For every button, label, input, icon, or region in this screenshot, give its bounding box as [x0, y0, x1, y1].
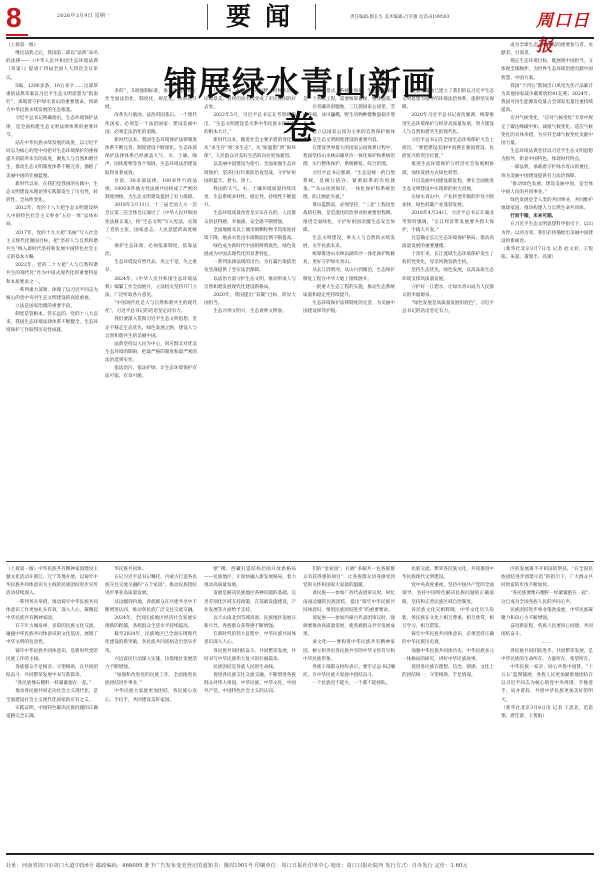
paragraph: 从边疆到内地，各族群众在共建共享中不断增进认同，推动各民族广泛交往交流交融。	[105, 599, 197, 615]
paragraph: “绿色发展是高质量发展的底色”，习近平总书记的话语坚定有力。	[402, 300, 494, 316]
article-column: 华民族共同体。在记习近平总书记嘱托，内蒙古打造各民族交往交流交融的“五个家园”，…	[105, 566, 197, 850]
paragraph: 兴边富民行动深入实施，边境地区发展活力不断增强。	[105, 656, 197, 672]
issue-date: 2026年3月9日 星期一	[57, 12, 110, 19]
section-divider-right	[315, 4, 316, 30]
paragraph: 生态环境法典坚持以习近平生态文明思想为指导，彰显中国特色，体现时代特点。	[501, 148, 593, 164]
column-divider	[102, 566, 103, 850]
paragraph: 改革先行破冰，法治巩固基石。一个现代化国家，必须是一个法治国家；建设美丽中国，必…	[105, 112, 197, 136]
paragraph: 壁”牌，西藏打造结构层面开放新格局——民族地区、正加快融入新发展格局，着力推动高…	[204, 566, 296, 590]
paragraph: 民族交流、繁荣各民族文化，共同推进中华民族现代文明建设。	[402, 566, 494, 582]
paragraph: 以天山南北到雪域高原，民族地区发展日新月异，各族群众获得感不断增强。	[204, 615, 296, 631]
paragraph: 2017年，党的十九大把“美丽”写入社会主义现代化强国目标，把“坚持人与自然和谐…	[6, 230, 98, 263]
paragraph: 一系列重大部署，体现了以习近平同志为核心的党中央对生态文明建设的高度重视。	[6, 287, 98, 303]
paragraph: 民族团结是各族人民的生命线。	[204, 664, 296, 672]
paragraph: ……	[501, 639, 593, 647]
paragraph: 2018年3月11日，十三届全国人大一次会议第三次全体会议通过了《中华人民共和国…	[105, 202, 197, 243]
paragraph: 推动各民族共同走向社会主义现代化，是全面建设社会主义现代化国家的应有之义。	[6, 688, 98, 704]
paragraph: 这是确定长江生态环境保护格局、推动高质量发展的重要遵循。	[402, 235, 494, 251]
footer-rule	[6, 853, 594, 855]
article-column: （上接第一版）中华民族共有精神家园建设主题文化活动在浙江、辽宁等地开展，以铸牢中…	[6, 566, 98, 850]
paragraph: 目前，30多部法律、100多件行政法规、1000多件地方性法规共同构成了严密的制…	[105, 178, 197, 202]
article-column: （上接第一版）继民法典之后，我国第二部以“法典”命名的法律——《中华人民共和国生…	[6, 42, 98, 558]
paragraph: 奋进新征程，各族人民要同心同德、共同团结奋斗。	[501, 623, 593, 639]
column-divider	[498, 42, 499, 558]
paragraph: 2020年习近平总书记再次强调，统筹推进生态环境保护与经济高质量发展，努力建设人…	[402, 112, 494, 136]
paragraph: 2018年4月24日，习近平总书记在湖北考察时强调，“长江经济带发展要共抓大保护…	[402, 210, 494, 234]
paragraph: 促进各民族交往交流交融，不断增进各族群众对伟大祖国、中华民族、中华文化、中国共产…	[204, 672, 296, 696]
paragraph: 站在中华民族永续发展的高度，以习近平同志为核心的党中央把对生态环境保护的重视提升…	[6, 140, 98, 181]
paragraph: 谈民族——参加广西代表团审议时，回忆南国边疆的民族团结，提出“铸牢中华民族共同体…	[303, 590, 395, 614]
article-column: 化的全景式、系统性保护。生态环境保护是一个系统工程，需要统筹兼顾、整体施策。在青…	[303, 88, 395, 558]
paragraph: 化的全景式、系统性保护。生态环境保护是一个系统工程，需要统筹兼顾、整体施策。	[303, 88, 395, 104]
column-divider	[300, 88, 301, 558]
paragraph: 建立以国家公园为主体的自然保护地体系，是生态文明制度建设的重要内容。	[303, 129, 395, 145]
section-title: 要闻	[220, 1, 310, 33]
column-divider	[399, 566, 400, 850]
paragraph: 一个民族也不能少，一个都不能掉队。	[303, 680, 395, 688]
paragraph: 各民族共同团结奋斗、共同繁荣发展，共同书写中华民族伟大复兴的壮丽篇章。	[204, 648, 296, 664]
paragraph: 我国的大气、水、土壤环境质量持续改善，生态系统多样性、稳定性、持续性不断提升。	[204, 186, 296, 210]
paragraph: 新时代以来，随着社会主要矛盾的变化，从“求生存”到“求生态”，从“盼温饱”到“盼…	[204, 137, 296, 161]
paragraph: 2024年，《中华人民共和国生态环境法典》编纂工作全面展开，立法机关坚持开门立法…	[105, 276, 197, 300]
paragraph: 绿色发展是全人类的共同事业，共同维护地球家园，推动构建人与自然生命共同体。	[501, 197, 593, 213]
paragraph: 新时代以来，我国生态环境保护法律制度体系不断完善，制度建设不断深化。生态环境保护…	[105, 137, 197, 178]
column-divider	[300, 566, 301, 850]
paragraph: 中华民族一家亲，同心共筑中国梦。“十五五”蓝图铺展，各族人民更加紧密地团结在以习…	[501, 664, 593, 705]
paragraph: 谈发展——参加内蒙古代表团审议时，强调要推动高质量发展，使各族群众共享发展成果。	[303, 615, 395, 639]
paragraph: 生态环境没有替代品，用之不觉，失之难存。	[105, 259, 197, 275]
paragraph: 守护好一江碧水，让绿水青山成为人民群众的幸福源泉。	[402, 284, 494, 300]
paragraph: 一批重大生态工程的实施，推动生态系统质量和稳定性持续提升。	[303, 284, 395, 300]
article-column: 民族交流、繁荣各民族文化，共同推进中华民族现代文明建设。党中央高度重视，坚持中国…	[402, 566, 494, 850]
article-column: 们的“金家园”，打磨“多解共一包各族群众有获得感的项目”，让各族群众切身感受到党…	[303, 566, 395, 850]
paragraph: 华民族共同体。	[105, 566, 197, 574]
paragraph: 我们要深入贯彻习近平生态文明思想，坚定不移走生态优先、绿色发展之路，建设人与自然…	[105, 316, 197, 340]
paragraph: 以美丽中国建设为指引，全面加强生态环境保护，坚决打好污染防治攻坚战，守护好祖国的…	[204, 161, 296, 185]
paragraph: 制度是管根本、管长远的。党的十八大以来，我国生态环境法律体系不断健全，生态环境保…	[6, 311, 98, 335]
paragraph: 一系列务实举措，推动铸牢中华民族共同体意识工作更加扎实有效、深入人心，凝聚起中华…	[6, 599, 98, 623]
paragraph: “推动绿色发展，建设美丽中国，是全体中国人民的共同事业。”	[501, 181, 593, 197]
paragraph: “加强和改进党的民族工作，全面推进民族团结进步事业。”	[105, 672, 197, 688]
editor-credits: 责任编辑:滕长生 美术编辑:吕军强 电话:6199503	[350, 14, 449, 20]
imprint-footer: 社址：河南省周口市周口大道中段6号 邮政编码：466099 准予广告发布变更登记…	[6, 862, 594, 869]
paragraph: 在习近平生态文明思想科学指引下，以山为伴、以河为邻，我们必将描绘出美丽中国建设的…	[501, 221, 593, 245]
masthead-rule	[6, 37, 594, 39]
paragraph: 生态环境保护法律制度的完善，为美丽中国建设保驾护航。	[303, 300, 395, 316]
paragraph: 应对气候变化，“应对气候变化”专章中规定了碳达峰碳中和、减缓气候变化、适应气候变…	[501, 115, 593, 148]
section-divider-left	[207, 4, 208, 30]
paragraph: 保护生态环境，必须依靠制度、依靠法治。	[105, 243, 197, 259]
paragraph: 我国“十四五”期间出口风电光伏产品累计为其他国家减少碳排放约41亿吨；2024年…	[501, 83, 593, 116]
paragraph: 这套度量衡已建立了我们的以习近平生态文明思想为指导的环境法治体系，提供坚实保障。	[402, 88, 494, 112]
column-divider	[498, 566, 499, 850]
paragraph: 一系列法律法规的出台，为打赢污染防治攻坚战提供了坚实法治保障。	[204, 259, 296, 275]
masthead-accent-rule	[6, 34, 28, 36]
paragraph: 中华民族大家庭更加团结，各民族心连心、手拉手，共同建设美好家园。	[105, 688, 197, 704]
paragraph: 区的发展离不开祖国的帮扶，“在全国民族团结进步创建示范”的指引下，广大群众共同致…	[501, 566, 593, 590]
subheading: 行而不辍，未来可期。	[501, 213, 593, 221]
column-divider	[102, 88, 103, 558]
article-column: 辽宁锦州，如期的小凌河畔，河畅水清，岸绿景美。曾经的臭水沟变成了市民休闲的好去处…	[204, 88, 296, 558]
paragraph: 在建设世界最大的国家公园体系过程中，我国坚持山水林田湖草沙一体化保护和系统治理，…	[303, 145, 395, 169]
paragraph: 新时代以来，在我们党我国的实践中，生态文明建设从理论到实践都发生了历史性、转折性…	[6, 181, 98, 205]
paragraph: （上接第一版）中华民族共有精神家园建设主题文化活动在浙江、辽宁等地开展，以铸牢中…	[6, 566, 98, 599]
paragraph: 推进生态环境保护与经济社会发展相协调，加快发展方式绿色转型。	[402, 161, 494, 177]
paragraph: 立法是国家治理的重要手段。	[6, 303, 98, 311]
paragraph: 黄山蓝鹊南，必须坚持，“三北”工程攻坚战的打响，是荒漠化防治事业的重要里程碑，推…	[303, 202, 395, 235]
paragraph: 成为全球生态文明建设的重要参与者、贡献者、引领者。	[501, 42, 593, 58]
paragraph: 各民族文化交相辉映，中华文化历久弥新，各民族在文化上相互尊重、相互欣赏、相互学习…	[402, 607, 494, 631]
paragraph: 加强中华民族共同体历史、中华民族多元一体格局的研究，讲好中华民族故事。	[402, 648, 494, 664]
column-divider	[201, 88, 202, 558]
paragraph: 从长江到黄河，从山川到湖泊，生态保护修复工程在中华大地上接续展开。	[303, 267, 395, 283]
paragraph: 统筹推进山水林田湖草沙一体化保护和修复，更好守护绿水青山。	[303, 251, 395, 267]
paragraph: 在千年古城泉州，多彩的民族文化交流、碰撞中华民族共同体意识的文化基因，展现了中华…	[6, 623, 98, 647]
paragraph: 们的“金家园”，打磨“多解共一包各族群众有获得感的项目”，让各族群众切身感受到党…	[303, 566, 395, 590]
paragraph: 2012年，党的十八大把生态文明建设纳入中国特色社会主义事业“五位一体”总体布局…	[6, 205, 98, 229]
paragraph: “各民族要像石榴籽一样紧紧抱在一起”，这已成为全国各族人民的共同心声。	[501, 590, 593, 606]
paragraph: “中国现代化是人与自然和谐共生的现代化”，习近平总书记的话语坚定而有力。	[105, 300, 197, 316]
paragraph: 全国地级及以上城市细颗粒物平均浓度持续下降，地表水优良水质断面比例不断提高。	[204, 227, 296, 243]
paragraph: 2022年，党的二十大把“人与自然和谐共生的现代化”作为中国式现代化的重要特征和…	[6, 262, 98, 286]
paragraph: 习近平总书记强调，“生态是统一的自然系统，是相互依存、紧密联系的有机链条。”“从…	[303, 170, 395, 203]
paragraph: 各族群众手足相亲、守望相助，在共同团结奋斗、共同繁荣发展中书写新篇章。	[6, 664, 98, 680]
paragraph: 十余年来，长江流域生态环境保护发生了转折性变化，母亲河焕发新生机。	[402, 251, 494, 267]
paragraph: “各民族像石榴籽一样紧紧抱在一起。”	[6, 680, 98, 688]
page-number: 8	[6, 2, 22, 34]
paragraph: 各民族共同团结进步、共同繁荣发展，是中华民族的生命所在、力量所在、希望所在。	[501, 648, 593, 664]
paragraph: 多的”，5项强制标准，推进生态环境工作全面法治化、制度化，规范化、体系化开展。	[105, 88, 197, 112]
article-column: 成为全球生态文明建设的重要参与者、贡献者、引领者。锚定生态环境目标，既展现中国担…	[501, 42, 593, 558]
masthead: 8 2026年3月9日 星期一 要闻 责任编辑:滕长生 美术编辑:吕军强 电话:…	[0, 0, 600, 38]
paragraph: 2020年，我国提出“双碳”目标，彰显大国担当。	[204, 292, 296, 308]
column-divider	[201, 566, 202, 850]
article-column: 壁”牌，西藏打造结构层面开放新格局——民族地区、正加快融入新发展格局，着力推动高…	[204, 566, 296, 850]
paragraph: 法典坚持以人民为中心，回应群众对优美生态环境的期盼，把最严格的制度和最严密的法治…	[105, 341, 197, 365]
paragraph: 谈文化——要构筑中华民族共有精神家园，树立和突出各民族共享的中华文化符号和中华民…	[303, 639, 395, 663]
paragraph: 坚持生态优先、绿色发展，以高品质生态环境支撑高质量发展。	[402, 267, 494, 283]
paragraph: 辽宁锦州，如期的小凌河畔，河畅水清，岸绿景美。曾经的臭水沟变成了市民休闲的好去处…	[204, 88, 296, 112]
paragraph: 截至2024年，民族地区已全面实现现代化建设的新突破，各民族共同富裕迈出坚实步伐…	[105, 631, 197, 655]
article-separator	[6, 561, 594, 562]
paragraph: 在新时代的伟大征程中，中华民族共同体意识深入人心。	[204, 631, 296, 647]
byline: （新华社北京3月8日电 记者 王思北、范思翔、唐佳蕾、王悦阳）	[501, 705, 593, 721]
paragraph: 民族团结进步事业蓬勃发展，中华民族凝聚力和向心力不断增强。	[501, 607, 593, 623]
paragraph: 2022年5月，习近平总书记在考察时指出，“生态文明建设是关系中华民族永续发展的…	[204, 112, 296, 136]
paragraph: 2024年，全国民族地区经济社会发展实现新的跨越，各族群众生活水平持续提高。	[105, 615, 197, 631]
paragraph: 依法治污、依法护绿，让生态环境保护有法可依、有章可循。	[105, 365, 197, 381]
paragraph: 继民法典之后，我国第二部以“法典”命名的法律——《中华人民共和国生态环境法典（草…	[6, 50, 98, 83]
paragraph: 在记习近平总书记嘱托，内蒙古打造各民族交往交流交融的“五个家园”，推动民族团结进…	[105, 574, 197, 598]
byline: （新华社北京3月7日电 记者 赵文君、王悦阳、朱超、董瑞丰、高蕾）	[501, 246, 593, 262]
paragraph: 实践证明，中国特色解决民族问题的正确道路完全正确。	[6, 705, 98, 721]
paragraph: 习近平总书记明确指出，生态环境保护法律，是全面构建生态文明法律体系的重要环节。	[6, 115, 98, 139]
paragraph: 党中央高度重视，坚持中国共产党的全面领导，坚持中国特色解决民族问题的正确道路，坚…	[402, 582, 494, 606]
paragraph: 生态环境质量改善是实实在在的，人民群众的获得感、幸福感、安全感不断增强。	[204, 210, 296, 226]
article-column: 区的发展离不开祖国的帮扶，“在全国民族团结进步创建示范”的指引下，广大群众共同致…	[501, 566, 593, 850]
article-column: 这套度量衡已建立了我们的以习近平生态文明思想为指导的环境法治体系，提供坚实保障。…	[402, 88, 494, 558]
paragraph: 各族干部群众纷纷表示，要牢记总书记嘱托，在中华民族大家庭中团结奋斗。	[303, 664, 395, 680]
paragraph: 一部法典，承载着守护绿水青山的重任，将为美丽中国建设提供有力法治保障。	[501, 164, 593, 180]
paragraph: 生态文明建设，事关人与自然的永续发展，关乎民族未来。	[303, 235, 395, 251]
paragraph: 以法治力量守护生态文明，推动形成人与自然和谐发展现代化建设新格局。	[204, 276, 296, 292]
paragraph: 5编、1200多条、16万多字……这部厚重的法典草案以习近平生态文明思想为“指南…	[6, 83, 98, 116]
paragraph: 铸牢中华民族共同体意识，必须坚持正确的中华民族历史观。	[402, 631, 494, 647]
article-column: 多的”，5项强制标准，推进生态环境工作全面法治化、制度化，规范化、体系化开展。改…	[105, 88, 197, 558]
paragraph: 铸牢中华民族共同体意识，是新时代党的民族工作的主线。	[6, 648, 98, 664]
paragraph: 促进各民族在理想、信念、情感、文化上的团结统一，守望相助、手足情深。	[402, 664, 494, 680]
column-divider	[399, 88, 400, 558]
paragraph: 锚定生态环境目标，既展现中国担当，又体现全球胸怀，为世界生态环境治理贡献中国智慧…	[501, 58, 593, 82]
paragraph: 习近平总书记在全国生态环境保护大会上指出，“要把建设美丽中国摆在强国建设、民族复…	[402, 137, 494, 161]
paragraph: （上接第一版）	[6, 42, 98, 50]
paragraph: 发展是解决民族地区各种问题的基础。完善差别化区域支持政策，在基础设施建设、产业发…	[204, 590, 296, 614]
paragraph: 开启美丽中国建设新征程，要在全面推进生态文明建设中实现新的更大进展。	[402, 178, 494, 194]
paragraph: 生态兴则文明兴，生态衰则文明衰。	[204, 308, 296, 316]
paragraph: 在青藏高原腹地，三江源国家公园里，雪山连绵，冰川巍峨，野生动物种群数量稳步增长。	[303, 104, 395, 128]
paragraph: 在绿水青山中，产业转型升级的步伐不断加快，绿色低碳产业蓬勃发展。	[402, 194, 494, 210]
paragraph: 绿色成为新时代中国的鲜明底色，绿色发展成为中国式现代化的显著特征。	[204, 243, 296, 259]
